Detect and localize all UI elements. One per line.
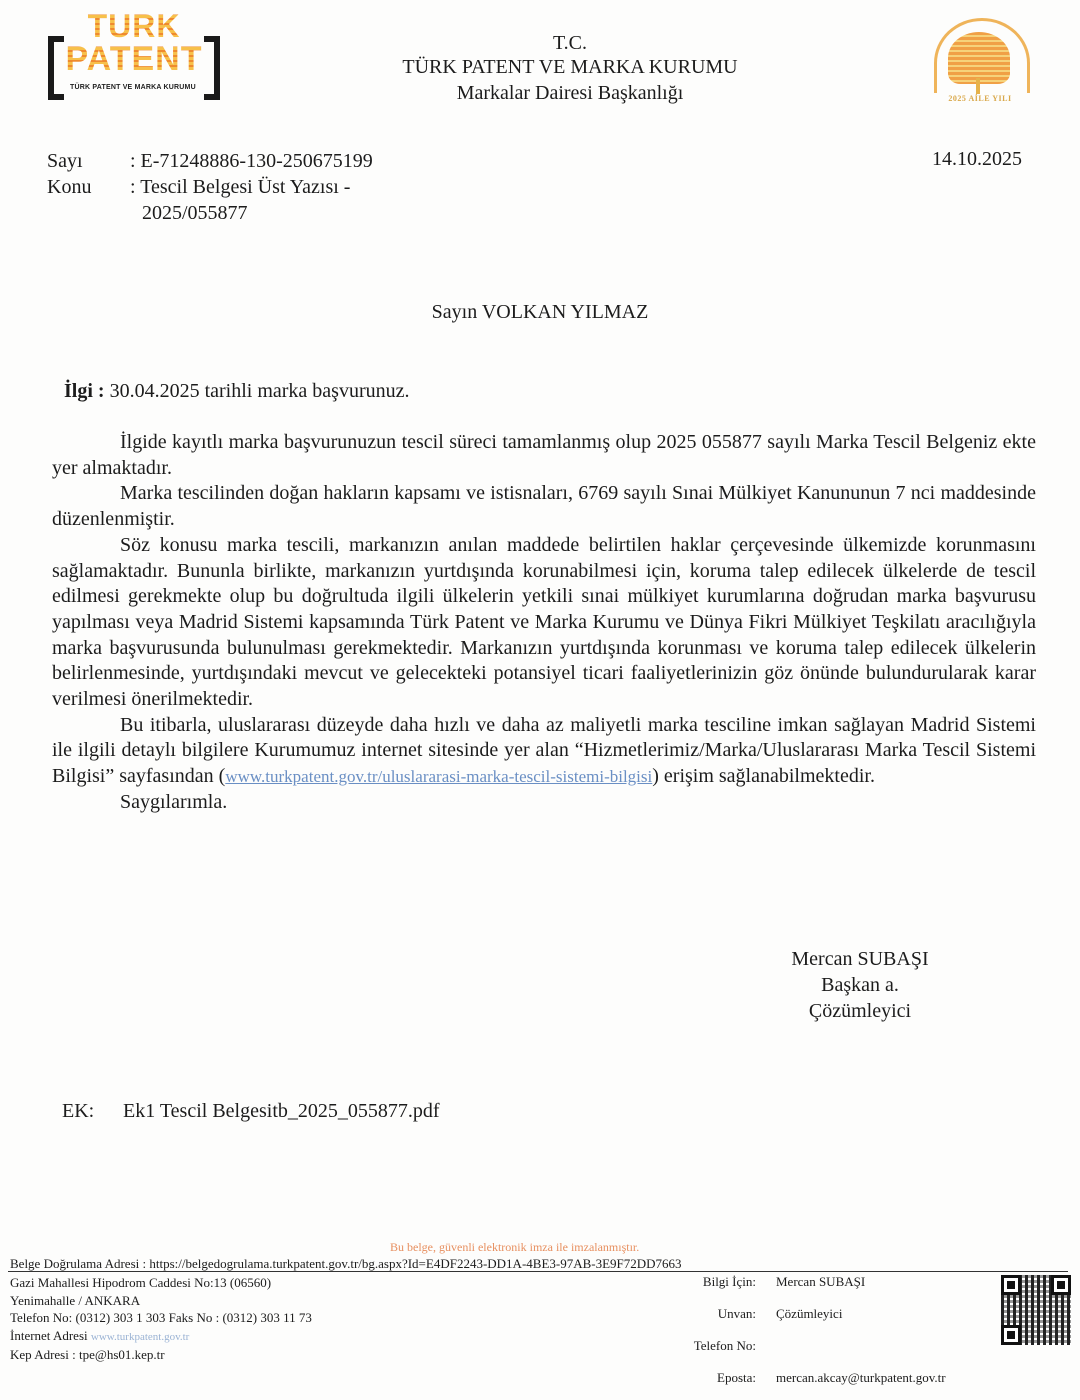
konu-label: Konu bbox=[47, 174, 130, 226]
family-year-emblem: 2025 AİLE YILI bbox=[930, 18, 1030, 108]
header-organization: TÜRK PATENT VE MARKA KURUMU bbox=[340, 56, 800, 79]
signature-block: Mercan SUBAŞI Başkan a. Çözümleyici bbox=[760, 946, 960, 1024]
paragraph-2: Marka tescilinden doğan hakların kapsamı… bbox=[52, 481, 1036, 532]
info-key: Bilgi İçin: bbox=[670, 1274, 776, 1306]
footer-info: Bilgi İçin:Mercan SUBAŞI Unvan:Çözümleyi… bbox=[670, 1274, 946, 1400]
attachment-file[interactable]: Ek1 Tescil Belgesitb_2025_055877.pdf bbox=[123, 1100, 440, 1122]
address-line-1: Gazi Mahallesi Hipodrom Caddesi No:13 (0… bbox=[10, 1274, 312, 1292]
info-value[interactable]: mercan.akcay@turkpatent.gov.tr bbox=[776, 1370, 946, 1400]
esign-note: Bu belge, güvenli elektronik imza ile im… bbox=[390, 1240, 639, 1255]
attachment-label: EK: bbox=[62, 1100, 118, 1123]
sayi-label: Sayı bbox=[47, 148, 130, 174]
konu-value-line1: : Tescil Belgesi Üst Yazısı - bbox=[130, 176, 350, 198]
closing: Saygılarımla. bbox=[52, 790, 1036, 816]
info-value: Çözümleyici bbox=[776, 1306, 842, 1338]
logo-subtitle: TÜRK PATENT VE MARKA KURUMU bbox=[70, 84, 196, 91]
info-row: Eposta:mercan.akcay@turkpatent.gov.tr bbox=[670, 1370, 946, 1400]
emblem-caption: 2025 AİLE YILI bbox=[930, 94, 1030, 103]
document-meta: Sayı : E-71248886-130-250675199 Konu : T… bbox=[47, 148, 430, 226]
info-key: Telefon No: bbox=[670, 1338, 776, 1370]
sayi-value: : E-71248886-130-250675199 bbox=[130, 148, 430, 174]
emblem-stem-icon bbox=[976, 78, 980, 94]
document-date: 14.10.2025 bbox=[932, 148, 1022, 171]
konu-value: : Tescil Belgesi Üst Yazısı - 2025/05587… bbox=[130, 174, 430, 226]
madrid-info-link[interactable]: www.turkpatent.gov.tr/uluslararasi-marka… bbox=[225, 767, 652, 786]
qr-code-icon bbox=[1001, 1275, 1071, 1345]
kep-address: Kep Adresi : tpe@hs01.kep.tr bbox=[10, 1346, 312, 1364]
address-line-2: Yenimahalle / ANKARA bbox=[10, 1292, 312, 1310]
ilgi-label: İlgi : bbox=[64, 380, 105, 402]
logo-word-patent: PATENT bbox=[48, 42, 220, 76]
footer-contact: Gazi Mahallesi Hipodrom Caddesi No:13 (0… bbox=[10, 1274, 312, 1364]
logo-word-turk: TURK bbox=[48, 10, 220, 42]
info-row: Telefon No: bbox=[670, 1338, 946, 1370]
attachment-line: EK: Ek1 Tescil Belgesitb_2025_055877.pdf bbox=[62, 1100, 440, 1123]
phone-fax: Telefon No: (0312) 303 1 303 Faks No : (… bbox=[10, 1309, 312, 1327]
ilgi-text: 30.04.2025 tarihli marka başvurunuz. bbox=[105, 380, 410, 402]
info-row: Unvan:Çözümleyici bbox=[670, 1306, 946, 1338]
paragraph-4-tail: ) erişim sağlanabilmektedir. bbox=[652, 765, 875, 787]
salutation: Sayın VOLKAN YILMAZ bbox=[0, 301, 1080, 324]
footer-divider bbox=[8, 1271, 1068, 1272]
paragraph-1: İlgide kayıtlı marka başvurunuzun tescil… bbox=[52, 430, 1036, 481]
info-key: Eposta: bbox=[670, 1370, 776, 1400]
signer-role: Çözümleyici bbox=[760, 998, 960, 1024]
header-department: Markalar Dairesi Başkanlığı bbox=[340, 82, 800, 105]
letter-body: İlgide kayıtlı marka başvurunuzun tescil… bbox=[52, 430, 1036, 816]
paragraph-4: Bu itibarla, uluslararası düzeyde daha h… bbox=[52, 713, 1036, 790]
turk-patent-logo: TURK PATENT TÜRK PATENT VE MARKA KURUMU bbox=[48, 6, 220, 94]
header-tc: T.C. bbox=[340, 32, 800, 55]
emblem-sun-icon bbox=[948, 32, 1010, 84]
info-row: Bilgi İçin:Mercan SUBAŞI bbox=[670, 1274, 946, 1306]
verification-address[interactable]: Belge Doğrulama Adresi : https://belgedo… bbox=[10, 1256, 682, 1272]
internet-label: İnternet Adresi bbox=[10, 1328, 88, 1343]
ilgi-line: İlgi : 30.04.2025 tarihli marka başvurun… bbox=[64, 380, 410, 403]
paragraph-3: Söz konusu marka tescili, markanızın anı… bbox=[52, 533, 1036, 713]
internet-link[interactable]: www.turkpatent.gov.tr bbox=[91, 1331, 189, 1343]
info-value: Mercan SUBAŞI bbox=[776, 1274, 865, 1306]
konu-value-line2: 2025/055877 bbox=[130, 202, 248, 224]
signer-name: Mercan SUBAŞI bbox=[760, 946, 960, 972]
info-key: Unvan: bbox=[670, 1306, 776, 1338]
signer-title: Başkan a. bbox=[760, 972, 960, 998]
internet-address: İnternet Adresi www.turkpatent.gov.tr bbox=[10, 1327, 312, 1347]
